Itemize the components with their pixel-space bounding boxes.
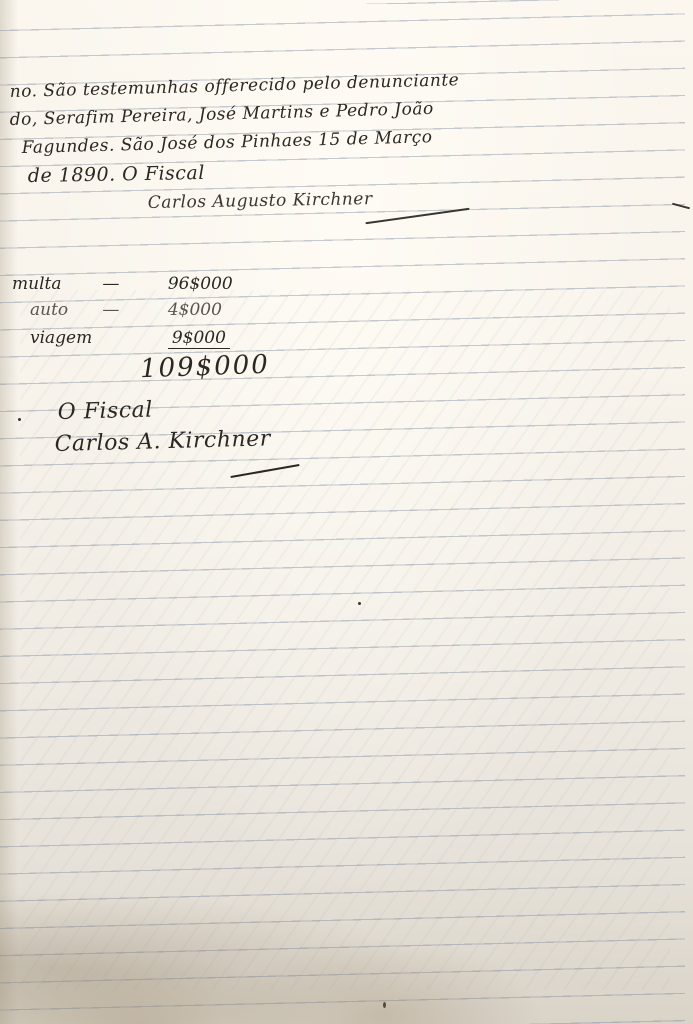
fee-separator: — [102, 300, 162, 320]
fee-label: multa [12, 274, 97, 294]
signature-full-name: Carlos Augusto Kirchner [148, 189, 373, 213]
fee-separator: — [102, 274, 162, 294]
passage-line-4: de 1890. O Fiscal [28, 162, 205, 187]
fee-amount: 96$000 [168, 274, 233, 294]
fee-row-auto: auto — 4$000 [30, 300, 222, 320]
fee-row-viagem: viagem 9$000 [30, 328, 230, 349]
fee-label: auto [30, 300, 97, 320]
fee-amount: 9$000 [168, 328, 230, 349]
ink-speck [383, 1002, 386, 1008]
fee-amount: 4$000 [168, 300, 222, 320]
ink-speck [18, 418, 21, 421]
document-page: no. São testemunhas offerecido pelo denu… [0, 0, 693, 1024]
fee-row-multa: multa — 96$000 [12, 274, 233, 294]
signature-title: O Fiscal [57, 398, 153, 425]
fee-label: viagem [30, 328, 97, 348]
ink-speck [358, 602, 361, 605]
fee-total: 109$000 [140, 350, 271, 385]
